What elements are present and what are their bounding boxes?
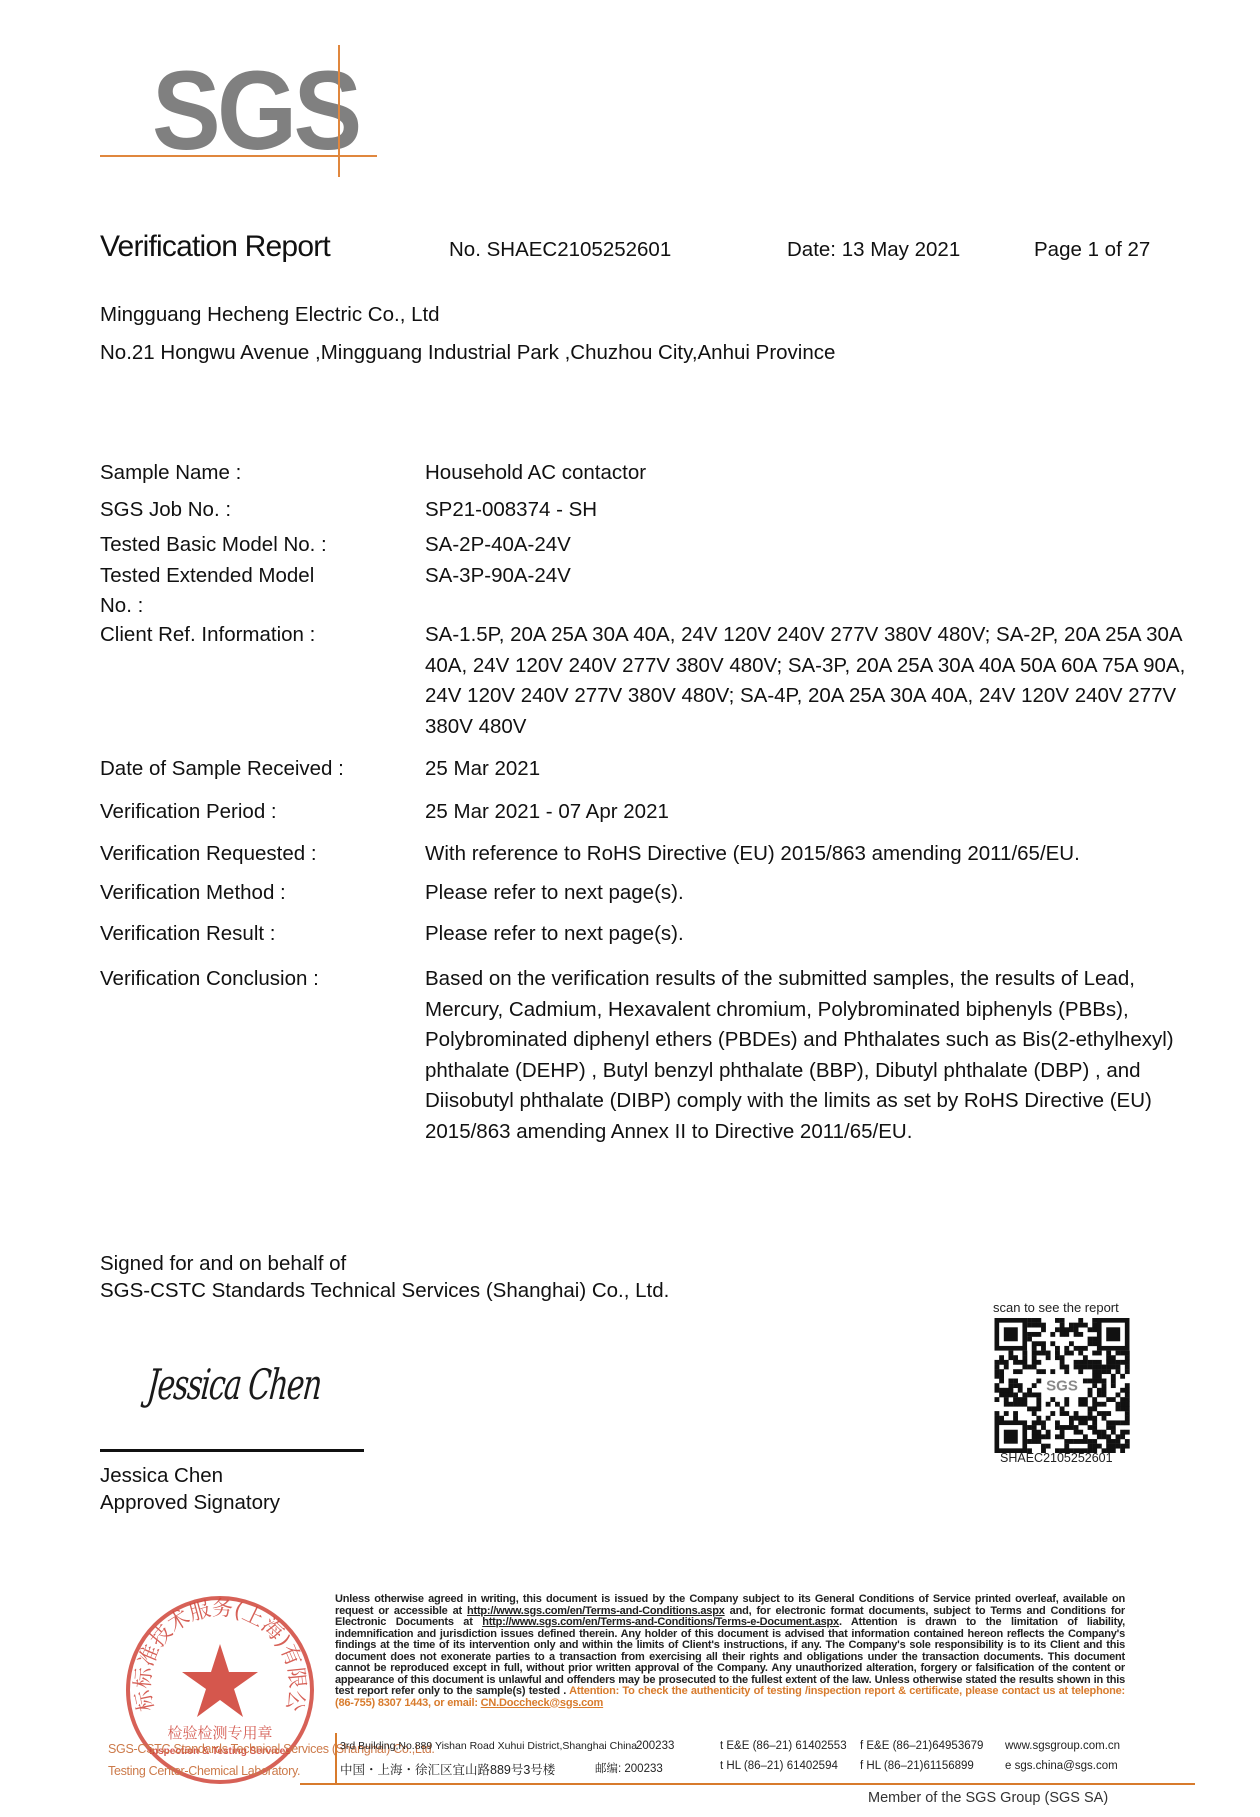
logo-horizontal-rule (100, 155, 377, 157)
footer-horizontal-rule (300, 1783, 1195, 1785)
footer-postcode-cn: 邮编: 200233 (595, 1760, 663, 1776)
signatory-role: Approved Signatory (100, 1489, 280, 1516)
lab-division: Testing Center-Chemical Laboratory. (108, 1764, 300, 1778)
signed-line-2: SGS-CSTC Standards Technical Services (S… (100, 1277, 669, 1304)
qr-report-id: SHAEC2105252601 (1000, 1451, 1113, 1465)
page-indicator: Page 1 of 27 (1034, 238, 1150, 262)
report-date: Date: 13 May 2021 (787, 238, 960, 262)
footer-tel-ee: t E&E (86–21) 61402553 (720, 1740, 847, 1752)
footer-postcode-en: 200233 (636, 1740, 674, 1752)
e-document-terms-link[interactable]: http://www.sgs.com/en/Terms-and-Conditio… (482, 1616, 839, 1628)
svg-text:SGS: SGS (1046, 1378, 1078, 1395)
sgs-logo: SGS (100, 45, 380, 180)
logo-wordmark: SGS (152, 55, 359, 167)
field-value-client-ref: SA-1.5P, 20A 25A 30A 40A, 24V 120V 240V … (425, 620, 1215, 742)
field-value-result: Please refer to next page(s). (425, 919, 1215, 950)
handwritten-signature: Jessica Chen (145, 1360, 323, 1409)
field-label-date-received: Date of Sample Received : (100, 754, 410, 784)
qr-caption: scan to see the report (993, 1300, 1119, 1315)
signatory-name: Jessica Chen (100, 1462, 280, 1489)
field-value-method: Please refer to next page(s). (425, 878, 1215, 909)
footer-vertical-rule (335, 1733, 337, 1783)
footer-address-cn: 中国・上海・徐汇区宜山路889号3号楼 (340, 1760, 555, 1778)
footer-row-en: 3rd Building,No.889 Yishan Road Xuhui Di… (340, 1740, 1140, 1760)
field-label-result: Verification Result : (100, 919, 410, 949)
doccheck-email-link[interactable]: CN.Doccheck@sgs.com (481, 1697, 603, 1709)
signature-line (100, 1449, 364, 1452)
footer-website[interactable]: www.sgsgroup.com.cn (1005, 1740, 1120, 1752)
footer-email[interactable]: e sgs.china@sgs.com (1005, 1760, 1118, 1772)
field-label-method: Verification Method : (100, 878, 410, 908)
field-value-job-no: SP21-008374 - SH (425, 495, 1215, 526)
svg-text:检验检测专用章: 检验检测专用章 (167, 1724, 272, 1742)
field-label-basic-model: Tested Basic Model No. : (100, 530, 410, 560)
signed-on-behalf: Signed for and on behalf of SGS-CSTC Sta… (100, 1250, 669, 1304)
client-address: No.21 Hongwu Avenue ,Mingguang Industria… (100, 341, 835, 365)
footer-fax-hl: f HL (86–21)61156899 (860, 1760, 974, 1772)
footer-address-en: 3rd Building,No.889 Yishan Road Xuhui Di… (340, 1740, 637, 1752)
report-title: Verification Report (100, 230, 330, 264)
sgs-group-member: Member of the SGS Group (SGS SA) (868, 1790, 1108, 1806)
client-name: Mingguang Hecheng Electric Co., Ltd (100, 303, 440, 327)
field-label-job-no: SGS Job No. : (100, 495, 410, 525)
report-number: No. SHAEC2105252601 (449, 238, 671, 262)
field-label-extended-model: Tested Extended Model No. : (100, 561, 350, 621)
field-label-period: Verification Period : (100, 797, 410, 827)
field-label-requested: Verification Requested : (100, 839, 410, 869)
footer-tel-hl: t HL (86–21) 61402594 (720, 1760, 838, 1772)
logo-vertical-rule (338, 45, 340, 177)
field-label-conclusion: Verification Conclusion : (100, 964, 410, 994)
official-stamp: 通标标准技术服务(上海)有限公司 检验检测专用章 Inspection & Te… (122, 1592, 318, 1788)
legal-disclaimer: Unless otherwise agreed in writing, this… (335, 1594, 1125, 1709)
footer-fax-ee: f E&E (86–21)64953679 (860, 1740, 983, 1752)
field-label-sample-name: Sample Name : (100, 458, 410, 488)
field-value-extended-model: SA-3P-90A-24V (425, 561, 1215, 592)
terms-link[interactable]: http://www.sgs.com/en/Terms-and-Conditio… (467, 1605, 725, 1617)
field-value-requested: With reference to RoHS Directive (EU) 20… (425, 839, 1215, 870)
footer-row-cn: 中国・上海・徐汇区宜山路889号3号楼 邮编: 200233 t HL (86–… (340, 1760, 1140, 1780)
field-value-date-received: 25 Mar 2021 (425, 754, 1215, 785)
qr-code-graphic: SGS (993, 1318, 1131, 1453)
qr-code[interactable]: SGS (993, 1318, 1131, 1453)
stamp-seal-icon: 通标标准技术服务(上海)有限公司 检验检测专用章 Inspection & Te… (122, 1592, 318, 1788)
field-label-client-ref: Client Ref. Information : (100, 620, 410, 650)
field-value-sample-name: Household AC contactor (425, 458, 1215, 489)
field-value-basic-model: SA-2P-40A-24V (425, 530, 1215, 561)
signed-line-1: Signed for and on behalf of (100, 1250, 669, 1277)
field-value-conclusion: Based on the verification results of the… (425, 964, 1215, 1147)
signatory: Jessica Chen Approved Signatory (100, 1462, 280, 1516)
field-value-period: 25 Mar 2021 - 07 Apr 2021 (425, 797, 1215, 828)
